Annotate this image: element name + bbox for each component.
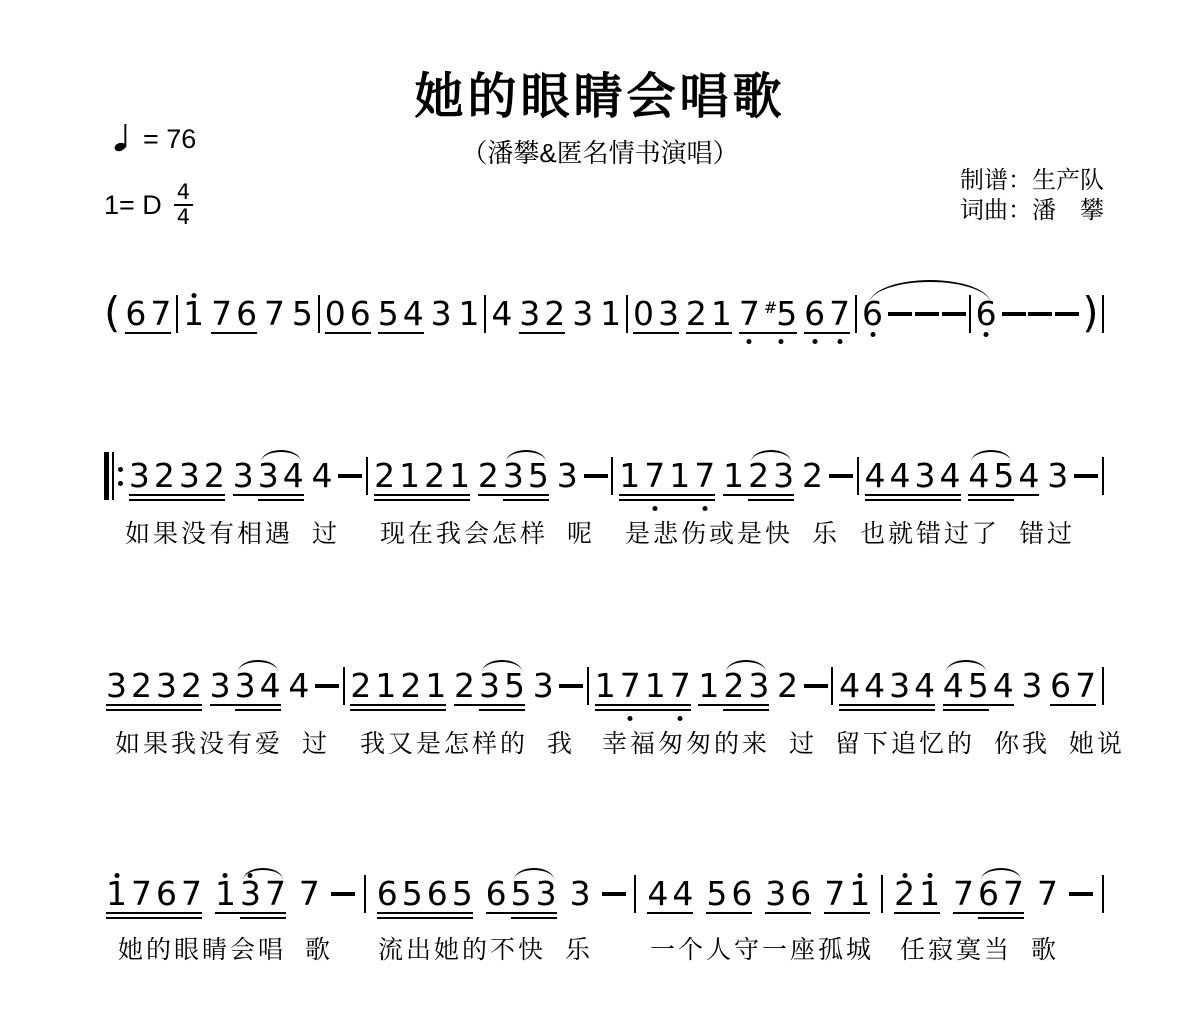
note: 1 xyxy=(375,668,396,704)
note-group: 235 xyxy=(476,458,551,494)
music-line-chorus: 176713776565653344563671217677 xyxy=(104,876,1104,913)
note-group: 03 xyxy=(631,296,681,332)
beam-line xyxy=(968,494,1039,496)
note-group: 4 xyxy=(489,296,514,332)
barline xyxy=(1102,295,1104,333)
note: 4 xyxy=(288,668,309,704)
note: 3 xyxy=(557,458,578,494)
barline xyxy=(857,457,859,495)
note-digit: 4 xyxy=(839,666,860,705)
repeat-thick-bar xyxy=(104,452,109,500)
note-digit: 6 xyxy=(156,874,177,913)
note: 3 xyxy=(233,458,254,494)
note-digit: 3 xyxy=(557,456,578,495)
note-group: 7#5 xyxy=(737,296,799,332)
note: 4 xyxy=(312,458,333,494)
note-digit: 7 xyxy=(953,874,974,913)
lyrics-row-chorus: 她的眼睛会唱 歌流出她的不快 乐一个人守一座孤城任寂寞当 歌 xyxy=(0,930,1200,962)
note-digit: 2 xyxy=(204,456,225,495)
note-group: 4434 xyxy=(863,458,963,494)
note-digit: 6 xyxy=(790,874,811,913)
note-group: 67 xyxy=(802,296,852,332)
slur-arc xyxy=(261,450,301,462)
music-line-verse2: 3232334421212353171712324434454367 xyxy=(104,668,1104,705)
note-group: 6565 xyxy=(375,876,475,912)
note-digit: 1 xyxy=(425,666,446,705)
duration-dash xyxy=(888,312,912,316)
octave-dot-below xyxy=(652,506,657,511)
beam-line xyxy=(839,704,935,706)
note-digit: 5 xyxy=(452,874,473,913)
note: 4 xyxy=(914,668,935,704)
note: 4 xyxy=(260,668,281,704)
duration-dash xyxy=(1055,312,1079,316)
lyrics-row-verse2: 如果我没有爱 过我又是怎样的 我幸福匆匆的来 过留下追忆的 你我 她说 xyxy=(0,724,1200,756)
note-group: 3 xyxy=(429,296,454,332)
beam-line xyxy=(374,499,470,501)
note: 5 xyxy=(504,668,525,704)
beam-line xyxy=(739,332,797,334)
note-group: 1 xyxy=(457,296,482,332)
note-group: 1717 xyxy=(617,458,717,494)
note: 5 xyxy=(402,876,423,912)
note-digit: 3 xyxy=(572,294,593,333)
beam-line xyxy=(748,499,794,501)
lyrics-row-verse1: 如果没有相遇 过现在我会怎样 呢是悲伤或是快 乐也就错过了 错过 xyxy=(0,514,1200,546)
beam-line xyxy=(804,332,850,334)
note-group: 1767 xyxy=(104,876,204,912)
note-group: 21 xyxy=(684,296,734,332)
beam-line xyxy=(619,494,715,496)
duration-dash xyxy=(315,684,339,688)
beam-line xyxy=(953,912,1024,914)
note-digit: 1 xyxy=(106,874,127,913)
beam-line xyxy=(723,709,769,711)
note-digit: 2 xyxy=(478,456,499,495)
note-digit: 3 xyxy=(179,456,200,495)
note-digit: 1 xyxy=(645,666,666,705)
note-digit: 1 xyxy=(375,666,396,705)
octave-dot-below xyxy=(812,339,817,344)
beam-line xyxy=(619,499,715,501)
note: 3 xyxy=(106,668,127,704)
slur-arc xyxy=(238,660,278,672)
note-digit: 1 xyxy=(183,294,204,333)
note-group: 123 xyxy=(696,668,771,704)
credit-arranger: 制谱：生产队 xyxy=(960,166,1104,196)
barline xyxy=(366,457,368,495)
key-signature: 1= D 4 4 xyxy=(104,182,193,228)
note: 2 xyxy=(154,458,175,494)
beam-line xyxy=(698,704,769,706)
note: 1 xyxy=(600,296,621,332)
beam-line xyxy=(125,332,171,334)
beam-line xyxy=(129,499,225,501)
octave-dot-below xyxy=(678,716,683,721)
lyric-phrase: 如果我没有爱 过 xyxy=(115,724,330,760)
note-digit: 6 xyxy=(236,294,257,333)
note-digit: 5 xyxy=(776,294,797,333)
barline xyxy=(831,667,833,705)
octave-dot-above xyxy=(857,873,862,878)
note: 7 xyxy=(1075,668,1096,704)
lyric-phrase: 如果没有相遇 过 xyxy=(125,514,340,550)
sharp-icon: # xyxy=(764,298,777,317)
note: 1 xyxy=(215,876,236,912)
barline xyxy=(484,295,486,333)
note: 0 xyxy=(633,296,654,332)
barline xyxy=(1102,457,1104,495)
barline xyxy=(176,295,178,333)
barline xyxy=(626,295,628,333)
note-digit: 2 xyxy=(424,456,445,495)
beam-line xyxy=(865,494,961,496)
note-group: 7 xyxy=(262,296,287,332)
octave-dot-below xyxy=(984,332,989,337)
duration-dash xyxy=(338,474,362,478)
note: 3 xyxy=(915,458,936,494)
note-digit: 3 xyxy=(106,666,127,705)
note: #5 xyxy=(764,296,797,332)
parenthesis: ) xyxy=(1082,293,1098,333)
slur-arc xyxy=(726,660,766,672)
note-digit: 3 xyxy=(233,456,254,495)
octave-dot-below xyxy=(778,339,783,344)
note: 4 xyxy=(491,296,512,332)
note-digit: 0 xyxy=(633,294,654,333)
note-digit: 2 xyxy=(686,294,707,333)
time-signature: 4 4 xyxy=(174,182,193,228)
note: 1 xyxy=(849,876,870,912)
beam-line xyxy=(511,917,557,919)
beam-line xyxy=(865,499,961,501)
note-digit: 4 xyxy=(914,666,935,705)
note-group: 2121 xyxy=(372,458,472,494)
note: 3 xyxy=(765,876,786,912)
barline xyxy=(881,875,883,913)
note-digit: 7 xyxy=(694,456,715,495)
note-digit: 2 xyxy=(802,456,823,495)
note: 5 xyxy=(993,458,1014,494)
note-group: 5 xyxy=(290,296,315,332)
note-digit: 4 xyxy=(647,874,668,913)
note: 1 xyxy=(449,458,470,494)
music-line-verse1: 32323344212123531717123244344543 xyxy=(104,458,1104,500)
beam-line xyxy=(824,912,870,914)
note-group: 767 xyxy=(951,876,1026,912)
barline xyxy=(364,875,366,913)
note: 3 xyxy=(179,458,200,494)
note-group: 3 xyxy=(570,296,595,332)
beam-line xyxy=(106,912,202,914)
key-label: 1= D xyxy=(104,190,162,221)
beam-line xyxy=(978,917,1024,919)
note: 1 xyxy=(919,876,940,912)
note-group: 137 xyxy=(213,876,288,912)
note: 6 xyxy=(350,296,371,332)
note: 7 xyxy=(131,876,152,912)
beam-line xyxy=(478,494,549,496)
octave-dot-above xyxy=(927,873,932,878)
note: 3 xyxy=(889,668,910,704)
note-group: 71 xyxy=(822,876,872,912)
note: 2 xyxy=(424,458,445,494)
repeat-dots xyxy=(118,467,123,486)
barline xyxy=(318,295,320,333)
note-digit: 4 xyxy=(865,456,886,495)
note-digit: 3 xyxy=(156,666,177,705)
note: 4 xyxy=(968,458,989,494)
note-digit: 4 xyxy=(312,456,333,495)
note-digit: 6 xyxy=(427,874,448,913)
barline xyxy=(611,457,613,495)
note-digit: 7 xyxy=(1037,874,1058,913)
note: 6 xyxy=(486,876,507,912)
note-digit: 7 xyxy=(211,294,232,333)
music-line-intro: (67176750654314323103217#56766) xyxy=(104,296,1104,333)
note: 2 xyxy=(686,296,707,332)
lyric-phrase: 现在我会怎样 呢 xyxy=(380,514,595,550)
lyric-phrase: 幸福匆匆的来 过 xyxy=(602,724,817,760)
note: 3 xyxy=(503,458,524,494)
note: 3 xyxy=(748,668,769,704)
note-digit: 1 xyxy=(449,456,470,495)
lyric-phrase: 她的眼睛会唱 歌 xyxy=(118,930,333,966)
note-digit: 4 xyxy=(864,666,885,705)
lyric-phrase: 任寂寞当 歌 xyxy=(900,930,1059,966)
note: 2 xyxy=(374,458,395,494)
note: 1 xyxy=(711,296,732,332)
note-digit: 3 xyxy=(658,294,679,333)
note-group: 44 xyxy=(645,876,695,912)
beam-line xyxy=(519,332,565,334)
beam-line xyxy=(129,494,225,496)
time-numerator: 4 xyxy=(174,182,193,206)
duration-dash xyxy=(942,312,966,316)
credit-composer: 词曲：潘 攀 xyxy=(960,196,1104,226)
beam-line xyxy=(706,912,752,914)
octave-dot-above xyxy=(191,293,196,298)
note: 4 xyxy=(283,458,304,494)
note: 1 xyxy=(459,296,480,332)
note-group: 32 xyxy=(517,296,567,332)
note: 1 xyxy=(619,458,640,494)
beam-line xyxy=(235,709,281,711)
note: 1 xyxy=(698,668,719,704)
beam-line xyxy=(479,709,525,711)
note-group: 454 xyxy=(966,458,1041,494)
note-digit: 1 xyxy=(711,294,732,333)
note: 3 xyxy=(479,668,500,704)
note-group: 3 xyxy=(1019,668,1044,704)
note: 5 xyxy=(706,876,727,912)
note-digit: 7 xyxy=(739,294,760,333)
note-group: 1717 xyxy=(593,668,693,704)
note: 4 xyxy=(865,458,886,494)
note-digit: 3 xyxy=(519,294,540,333)
note-group: 76 xyxy=(209,296,259,332)
repeat-dot xyxy=(118,481,123,486)
note-digit: 7 xyxy=(644,456,665,495)
note-digit: 5 xyxy=(292,294,313,333)
note: 3 xyxy=(1047,458,1068,494)
note: 6 xyxy=(377,876,398,912)
beam-line xyxy=(1050,704,1096,706)
note-digit: 1 xyxy=(399,456,420,495)
beam-line xyxy=(378,332,424,334)
note: 1 xyxy=(645,668,666,704)
note: 2 xyxy=(400,668,421,704)
note-group: 653 xyxy=(484,876,559,912)
note-digit: 1 xyxy=(595,666,616,705)
note: 3 xyxy=(658,296,679,332)
note: 2 xyxy=(777,668,798,704)
note: 3 xyxy=(519,296,540,332)
note-digit: 2 xyxy=(131,666,152,705)
note-group: 7 xyxy=(297,876,322,912)
note: 0 xyxy=(325,296,346,332)
barline xyxy=(587,667,589,705)
note: 1 xyxy=(425,668,446,704)
note-group: 36 xyxy=(763,876,813,912)
note: 7 xyxy=(620,668,641,704)
note-group: 06 xyxy=(323,296,373,332)
note: 7 xyxy=(824,876,845,912)
note-group: 4 xyxy=(310,458,335,494)
beam-line xyxy=(647,912,693,914)
note: 3 xyxy=(258,458,279,494)
note-digit: 0 xyxy=(325,294,346,333)
note: 1 xyxy=(106,876,127,912)
note-digit: 1 xyxy=(600,294,621,333)
note-digit: 4 xyxy=(288,666,309,705)
note: 2 xyxy=(723,668,744,704)
note-digit: 6 xyxy=(350,294,371,333)
note: 1 xyxy=(669,458,690,494)
note: 2 xyxy=(131,668,152,704)
note: 3 xyxy=(572,296,593,332)
beam-line xyxy=(633,332,679,334)
note-group: 21 xyxy=(892,876,942,912)
note: 3 xyxy=(773,458,794,494)
note-digit: 2 xyxy=(181,666,202,705)
octave-dot-below xyxy=(837,339,842,344)
slur-arc xyxy=(243,868,283,880)
beam-line xyxy=(686,332,732,334)
note: 2 xyxy=(478,458,499,494)
slur-arc xyxy=(514,868,554,880)
note-group: 1 xyxy=(598,296,623,332)
note-group: 3232 xyxy=(127,458,227,494)
lyric-phrase: 也就错过了 错过 xyxy=(860,514,1075,550)
note-digit: 2 xyxy=(374,456,395,495)
duration-dash xyxy=(1002,312,1026,316)
note-digit: 4 xyxy=(890,456,911,495)
note-digit: 3 xyxy=(570,874,591,913)
octave-dot-below xyxy=(747,339,752,344)
note: 7 xyxy=(299,876,320,912)
duration-dash xyxy=(559,684,583,688)
note-digit: 3 xyxy=(1021,666,1042,705)
note-digit: 2 xyxy=(894,874,915,913)
octave-dot-above xyxy=(902,873,907,878)
lyric-phrase: 留下追忆的 你我 她说 xyxy=(835,724,1125,760)
duration-dash xyxy=(602,892,626,896)
note: 7 xyxy=(181,876,202,912)
note: 1 xyxy=(595,668,616,704)
note-group: 334 xyxy=(231,458,306,494)
note-digit: 7 xyxy=(620,666,641,705)
note: 7 xyxy=(211,296,232,332)
note-digit: 1 xyxy=(919,874,940,913)
note: 4 xyxy=(647,876,668,912)
note: 5 xyxy=(452,876,473,912)
beam-line xyxy=(210,704,281,706)
duration-dash xyxy=(331,892,355,896)
duration-dash xyxy=(829,474,853,478)
note: 2 xyxy=(748,458,769,494)
note: 1 xyxy=(723,458,744,494)
note: 1 xyxy=(399,458,420,494)
beam-line xyxy=(765,912,811,914)
note: 7 xyxy=(953,876,974,912)
note: 3 xyxy=(240,876,261,912)
note-digit: 3 xyxy=(533,666,554,705)
duration-dash xyxy=(1074,474,1098,478)
note-digit: 4 xyxy=(491,294,512,333)
note: 2 xyxy=(350,668,371,704)
note: 7 xyxy=(739,296,760,332)
note: 7 xyxy=(265,876,286,912)
note: 4 xyxy=(1018,458,1039,494)
note: 7 xyxy=(1003,876,1024,912)
beam-line xyxy=(240,917,286,919)
note-digit: 7 xyxy=(264,294,285,333)
beam-line xyxy=(350,709,446,711)
note-group: 3232 xyxy=(104,668,204,704)
note-digit: 6 xyxy=(731,874,752,913)
note: 4 xyxy=(839,668,860,704)
note: 4 xyxy=(993,668,1014,704)
tempo-mark: = 76 xyxy=(114,118,196,161)
note: 3 xyxy=(129,458,150,494)
note: 2 xyxy=(544,296,565,332)
note-digit: 2 xyxy=(154,456,175,495)
note-group: 4434 xyxy=(837,668,937,704)
note-digit: 3 xyxy=(915,456,936,495)
beam-line xyxy=(839,709,935,711)
note-digit: 1 xyxy=(698,666,719,705)
note: 5 xyxy=(378,296,399,332)
beam-line xyxy=(374,494,470,496)
note-digit: 7 xyxy=(824,874,845,913)
note: 4 xyxy=(403,296,424,332)
note: 6 xyxy=(790,876,811,912)
note-group: 3 xyxy=(555,458,580,494)
octave-dot-below xyxy=(870,332,875,337)
beam-line xyxy=(233,494,304,496)
beam-line xyxy=(943,709,989,711)
note-digit: 6 xyxy=(125,294,146,333)
duration-dash xyxy=(1069,892,1093,896)
note-digit: 7 xyxy=(181,874,202,913)
note-digit: 5 xyxy=(378,294,399,333)
beam-line xyxy=(968,499,1014,501)
octave-dot-above xyxy=(223,873,228,878)
note-digit: 7 xyxy=(670,666,691,705)
note: 2 xyxy=(454,668,475,704)
note-group: 3 xyxy=(531,668,556,704)
